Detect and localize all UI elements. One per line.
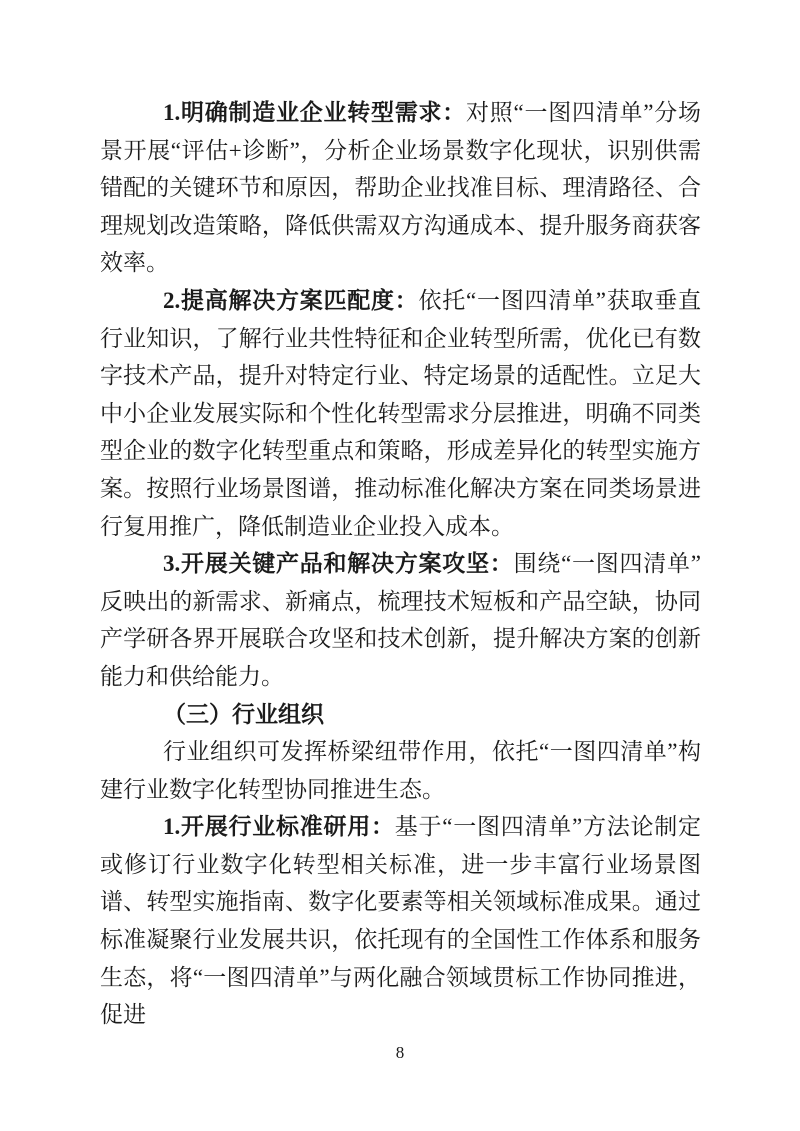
paragraph-transform-demand-text: 对照“一图四清单”分场景开展“评估+诊断”，分析企业场景数字化现状，识别供需错配… bbox=[100, 100, 701, 275]
paragraph-solution-matching: 2.提高解决方案匹配度：依托“一图四清单”获取垂直行业知识，了解行业共性特征和企… bbox=[100, 282, 701, 545]
paragraph-transform-demand: 1.明确制造业企业转型需求：对照“一图四清单”分场景开展“评估+诊断”，分析企业… bbox=[100, 94, 701, 282]
paragraph-solution-matching-text: 依托“一图四清单”获取垂直行业知识，了解行业共性特征和企业转型所需，优化已有数字… bbox=[100, 288, 701, 539]
paragraph-industry-standards-lead: 1.开展行业标准研用： bbox=[163, 814, 395, 839]
paragraph-transform-demand-lead: 1.明确制造业企业转型需求： bbox=[163, 100, 466, 125]
paragraph-solution-matching-lead: 2.提高解决方案匹配度： bbox=[163, 288, 419, 313]
paragraph-key-products-lead: 3.开展关键产品和解决方案攻坚： bbox=[163, 551, 514, 576]
paragraph-industry-organization-role: 行业组织可发挥桥梁纽带作用，依托“一图四清单”构建行业数字化转型协同推进生态。 bbox=[100, 733, 701, 808]
paragraph-industry-standards: 1.开展行业标准研用：基于“一图四清单”方法论制定或修订行业数字化转型相关标准，… bbox=[100, 808, 701, 1034]
paragraph-key-products: 3.开展关键产品和解决方案攻坚：围绕“一图四清单”反映出的新需求、新痛点，梳理技… bbox=[100, 545, 701, 695]
paragraph-industry-organization-role-text: 行业组织可发挥桥梁纽带作用，依托“一图四清单”构建行业数字化转型协同推进生态。 bbox=[100, 739, 701, 802]
page-number: 8 bbox=[0, 1042, 800, 1064]
document-page: 1.明确制造业企业转型需求：对照“一图四清单”分场景开展“评估+诊断”，分析企业… bbox=[0, 0, 800, 1131]
document-body: 1.明确制造业企业转型需求：对照“一图四清单”分场景开展“评估+诊断”，分析企业… bbox=[100, 94, 701, 1034]
section-heading-industry-organization: （三）行业组织 bbox=[100, 696, 701, 734]
paragraph-industry-standards-text: 基于“一图四清单”方法论制定或修订行业数字化转型相关标准，进一步丰富行业场景图谱… bbox=[100, 814, 701, 1027]
